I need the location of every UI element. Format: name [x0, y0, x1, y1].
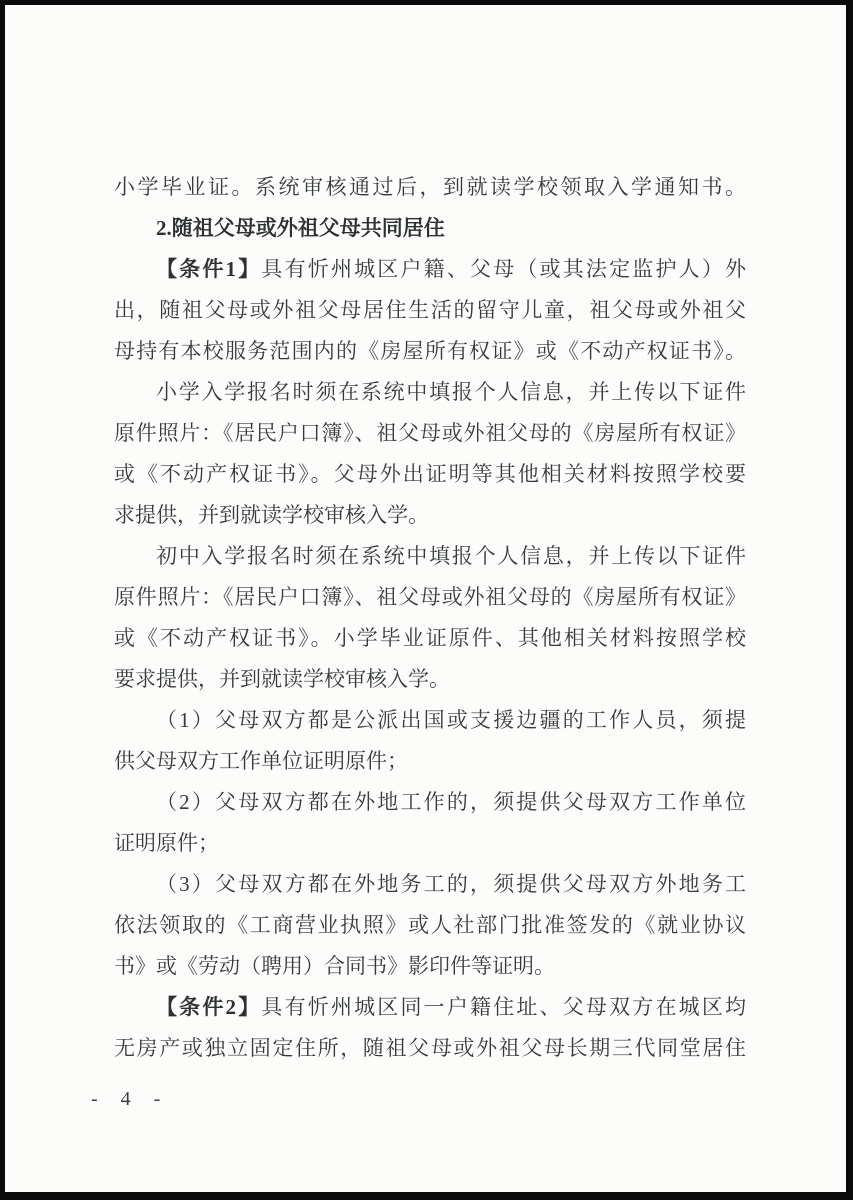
text-line: 要求提供，并到就读学校审核入学。	[114, 659, 746, 700]
text-line: （1）父母双方都是公派出国或支援边疆的工作人员，须提	[114, 700, 746, 741]
text-segment: 供父母双方工作单位证明原件；	[114, 749, 408, 773]
text-segment: （2）父母双方都在外地工作的，须提供父母双方工作单位	[156, 790, 746, 814]
text-segment: 小学入学报名时须在系统中填报个人信息，并上传以下证件	[156, 380, 746, 404]
text-line: 证明原件；	[114, 823, 746, 864]
emphasis-text-segment: 2.随祖父母或外祖父母共同居住	[156, 216, 445, 240]
text-line: 初中入学报名时须在系统中填报个人信息，并上传以下证件	[114, 536, 746, 577]
text-line: 原件照片：《居民户口簿》、祖父母或外祖父母的《房屋所有权证》	[114, 413, 746, 454]
text-segment: 或《不动产权证书》。父母外出证明等其他相关材料按照学校要	[114, 462, 746, 486]
text-line: 依法领取的《工商营业执照》或人社部门批准签发的《就业协议	[114, 905, 746, 946]
text-line: 出，随祖父母或外祖父母居住生活的留守儿童，祖父母或外祖父	[114, 290, 746, 331]
document-body: 小学毕业证。系统审核通过后，到就读学校领取入学通知书。2.随祖父母或外祖父母共同…	[5, 5, 746, 1069]
text-segment: 书》或《劳动（聘用）合同书》影印件等证明。	[114, 954, 555, 978]
emphasis-text-segment: 【条件2】	[156, 995, 261, 1019]
text-segment: 无房产或独立固定住所，随祖父母或外祖父母长期三代同堂居住	[114, 1036, 746, 1060]
text-segment: 或《不动产权证书》。小学毕业证原件、其他相关材料按照学校	[114, 626, 746, 650]
text-segment: 小学毕业证。系统审核通过后，到就读学校领取入学通知书。	[114, 175, 746, 199]
text-line: 或《不动产权证书》。父母外出证明等其他相关材料按照学校要	[114, 454, 746, 495]
text-segment: （3）父母双方都在外地务工的，须提供父母双方外地务工	[156, 872, 746, 896]
text-line: 小学毕业证。系统审核通过后，到就读学校领取入学通知书。	[114, 167, 746, 208]
text-segment: 要求提供，并到就读学校审核入学。	[114, 667, 450, 691]
text-line: 【条件2】具有忻州城区同一户籍住址、父母双方在城区均	[114, 987, 746, 1028]
emphasis-text-segment: 【条件1】	[156, 257, 261, 281]
text-line: 求提供，并到就读学校审核入学。	[114, 495, 746, 536]
text-segment: 求提供，并到就读学校审核入学。	[114, 503, 429, 527]
text-segment: 原件照片：《居民户口簿》、祖父母或外祖父母的《房屋所有权证》	[114, 421, 746, 445]
text-line: （3）父母双方都在外地务工的，须提供父母双方外地务工	[114, 864, 746, 905]
text-segment: 原件照片：《居民户口簿》、祖父母或外祖父母的《房屋所有权证》	[114, 585, 746, 609]
text-line: 供父母双方工作单位证明原件；	[114, 741, 746, 782]
text-segment: 依法领取的《工商营业执照》或人社部门批准签发的《就业协议	[114, 913, 746, 937]
text-segment: 初中入学报名时须在系统中填报个人信息，并上传以下证件	[156, 544, 746, 568]
text-line: 原件照片：《居民户口簿》、祖父母或外祖父母的《房屋所有权证》	[114, 577, 746, 618]
section-heading-line: 2.随祖父母或外祖父母共同居住	[114, 208, 746, 249]
document-page: 小学毕业证。系统审核通过后，到就读学校领取入学通知书。2.随祖父母或外祖父母共同…	[0, 0, 853, 1200]
text-segment: 具有忻州城区同一户籍住址、父母双方在城区均	[261, 995, 746, 1019]
text-segment: 母持有本校服务范围内的《房屋所有权证》或《不动产权证书》。	[114, 339, 746, 363]
text-segment: 出，随祖父母或外祖父母居住生活的留守儿童，祖父母或外祖父	[114, 298, 746, 322]
text-line: （2）父母双方都在外地工作的，须提供父母双方工作单位	[114, 782, 746, 823]
page-number: - 4 -	[5, 1085, 846, 1113]
text-segment: （1）父母双方都是公派出国或支援边疆的工作人员，须提	[156, 708, 746, 732]
text-line: 或《不动产权证书》。小学毕业证原件、其他相关材料按照学校	[114, 618, 746, 659]
text-line: 母持有本校服务范围内的《房屋所有权证》或《不动产权证书》。	[114, 331, 746, 372]
text-line: 无房产或独立固定住所，随祖父母或外祖父母长期三代同堂居住	[114, 1028, 746, 1069]
text-line: 【条件1】具有忻州城区户籍、父母（或其法定监护人）外	[114, 249, 746, 290]
text-line: 书》或《劳动（聘用）合同书》影印件等证明。	[114, 946, 746, 987]
text-line: 小学入学报名时须在系统中填报个人信息，并上传以下证件	[114, 372, 746, 413]
text-segment: 具有忻州城区户籍、父母（或其法定监护人）外	[261, 257, 746, 281]
text-segment: 证明原件；	[114, 831, 219, 855]
